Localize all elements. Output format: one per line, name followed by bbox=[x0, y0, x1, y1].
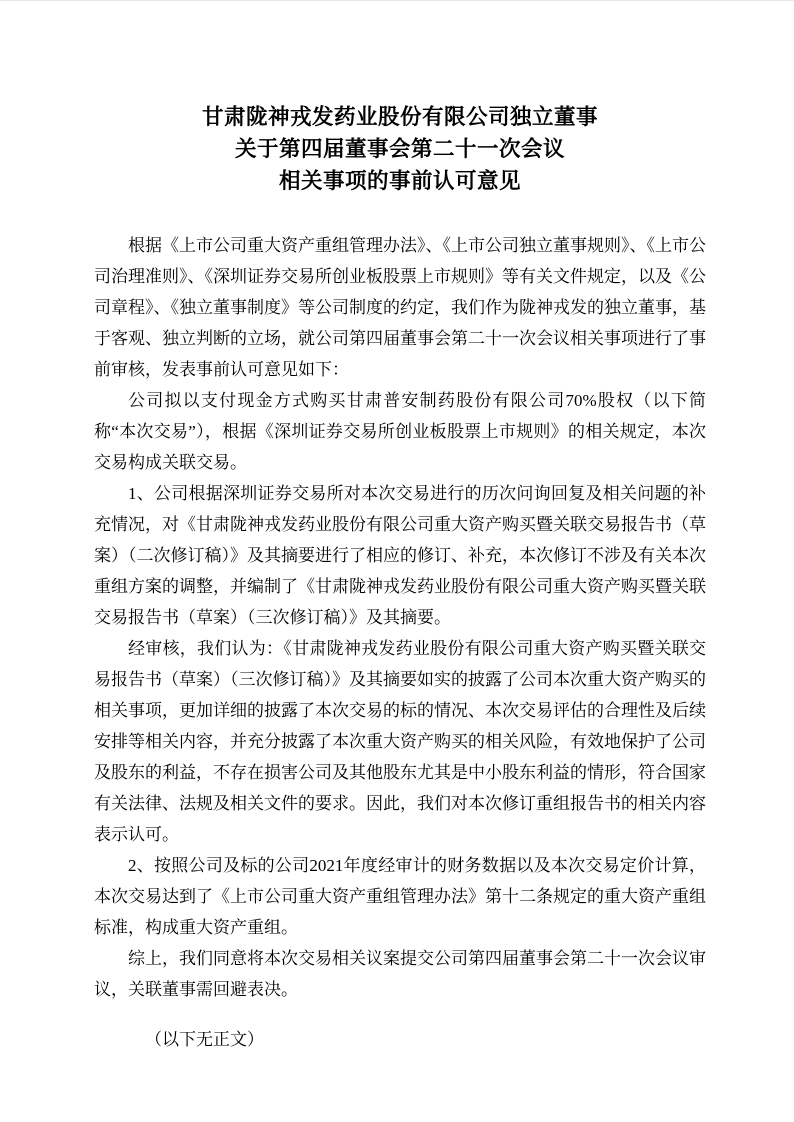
paragraph-conclusion: 综上，我们同意将本次交易相关议案提交公司第四届董事会第二十一次会议审议，关联董事… bbox=[94, 943, 706, 1005]
document-page: 甘肃陇神戎发药业股份有限公司独立董事 关于第四届董事会第二十一次会议 相关事项的… bbox=[0, 0, 794, 1122]
closing-note: （以下无正文） bbox=[94, 1024, 706, 1055]
document-body: 根据《上市公司重大资产重组管理办法》、《上市公司独立董事规则》、《上市公司治理准… bbox=[94, 230, 706, 1055]
title-line-3: 相关事项的事前认可意见 bbox=[94, 165, 706, 197]
paragraph-basis: 根据《上市公司重大资产重组管理办法》、《上市公司独立董事规则》、《上市公司治理准… bbox=[94, 230, 706, 385]
paragraph-review-opinion: 经审核，我们认为：《甘肃陇神戎发药业股份有限公司重大资产购买暨关联交易报告书（草… bbox=[94, 633, 706, 850]
title-line-2: 关于第四届董事会第二十一次会议 bbox=[94, 133, 706, 165]
document-title: 甘肃陇神戎发药业股份有限公司独立董事 关于第四届董事会第二十一次会议 相关事项的… bbox=[94, 101, 706, 197]
title-line-1: 甘肃陇神戎发药业股份有限公司独立董事 bbox=[94, 101, 706, 133]
paragraph-item-2: 2、按照公司及标的公司2021年度经审计的财务数据以及本次交易定价计算，本次交易… bbox=[94, 850, 706, 943]
paragraph-item-1: 1、公司根据深圳证券交易所对本次交易进行的历次问询回复及相关问题的补充情况，对《… bbox=[94, 478, 706, 633]
paragraph-transaction-summary: 公司拟以支付现金方式购买甘肃普安制药股份有限公司70%股权（以下简称“本次交易”… bbox=[94, 385, 706, 478]
